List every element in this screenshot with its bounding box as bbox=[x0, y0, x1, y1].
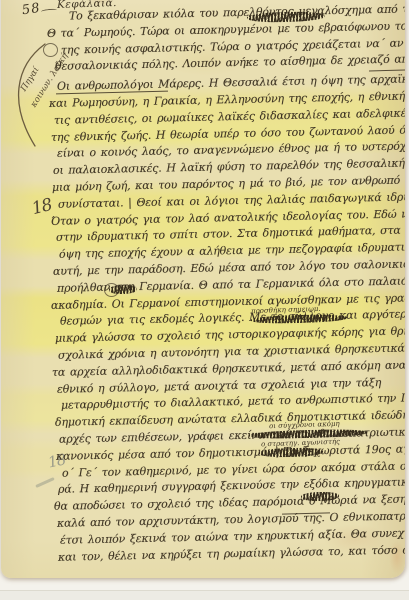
background-sheet-edge bbox=[0, 590, 409, 600]
circled-letter-mark bbox=[43, 43, 58, 57]
circled-letter-mark bbox=[104, 283, 119, 297]
manuscript-page: 58 Κεφάλαια. Πηγαί κοινων. λαϊκή 18 18 Τ… bbox=[1, 0, 405, 578]
page-number: 58 bbox=[21, 1, 42, 19]
